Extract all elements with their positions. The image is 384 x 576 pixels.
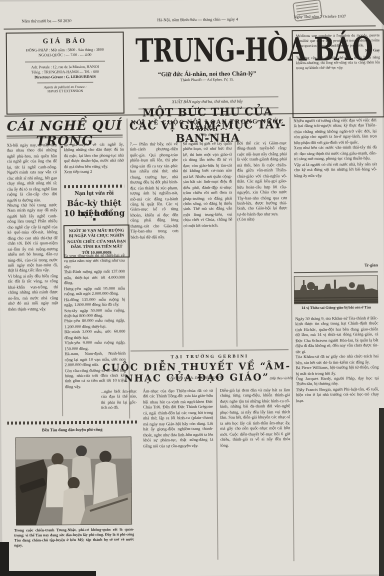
square-bullet-icon: ■: [62, 218, 126, 224]
epigraph-french: Méditons une conduite à l'opinion du mon…: [296, 33, 380, 48]
newspaper-scan: Năm thứ mười ba — Số 2030 Hà-Nội, năm Đi…: [0, 0, 384, 576]
postal-stamp-icon: [292, 0, 322, 22]
publicity-agents-name: HAVAS ET EXTENSION: [7, 89, 123, 94]
lunar-date: Hà-Nội, năm Đinh-Sửu — tháng chín — ngày…: [118, 16, 278, 23]
scan-edge-shadow-bottom: [0, 571, 96, 576]
photo-caption-bottom: Trong cuộc chiến-tranh Trung-Nhật, phi-c…: [14, 528, 134, 549]
center-article-col-3: Bởi thế các vị Giám-mục đồng-thanh tuyên…: [237, 140, 289, 346]
lecture-kicker: TẠI TRƯỜNG GERBINI: [131, 353, 289, 359]
epigraph-signature: Mgr Gay: [296, 48, 380, 54]
epigraph-box: Méditons une conduite à l'opinion du mon…: [292, 29, 384, 118]
scan-edge-shadow-right: [379, 408, 384, 576]
right-column-text-top: Nhiều người cứ tưởng rằng việc đạo với v…: [294, 117, 378, 262]
lecture-col-1: Âm-nhạc của đạo Thiên-chúa đã có từ đời …: [143, 388, 214, 561]
pilots-photo: [15, 437, 132, 526]
masthead: TRUNG-HÒA BÁO “Giữ đức Ái-nhân, noi theo…: [124, 33, 290, 83]
price-row-foreign: NGOẠI-QUỐC : — 7.00 . — 4.00: [7, 53, 123, 59]
squiggle-divider: [64, 185, 124, 189]
photo-divider: [7, 420, 137, 424]
city-engraving-image: [294, 275, 378, 304]
left-article-column-a: Xã-hội ngày nay, ai nấy đều đua nhau the…: [7, 142, 59, 414]
flood-kicker: Nạn lụt vừa rồi: [62, 191, 126, 198]
motto-source: Thánh Phaolô — Ad Ephes. IV, 15.: [124, 77, 290, 83]
newspaper-title: TRUNG-HÒA BÁO: [135, 31, 278, 70]
center-article-col-2: Số người bị giết về tay quân phiến-loạn,…: [183, 141, 234, 347]
director-line: Directeur-Gérant : G. LEBOURDAIS: [7, 74, 123, 80]
subscription-title: GIÁ BÁO: [7, 37, 123, 46]
epigraph-vietnamese: Ta đừng cậy bởi dư-luận thế-gian; miễn l…: [296, 55, 380, 70]
publication-days: XUẤT BẢN ngày thứ ba, thứ năm, thứ bẩy: [124, 98, 290, 105]
newspaper-page: Năm thứ mười ba — Số 2030 Hà-Nội, năm Đi…: [0, 0, 384, 576]
lecture-headline: CUỘC DIỄN THUYẾT VỀ “ÂM-NHẠC CỦA ĐẠO GIÁ…: [101, 361, 293, 385]
lecture-col-2: Diễn-giả lại đem đàn và máy hát ra làm c…: [220, 387, 291, 560]
right-column-signature: Tr-gian: [295, 262, 378, 268]
flood-headline-2: 10 triệu đồng: [62, 208, 126, 219]
subscription-box: GIÁ BÁO ĐÔNG-PHÁP : Một năm : 5$00 . Sáu…: [6, 32, 125, 115]
issue-number: Năm thứ mười ba — Số 2030: [22, 18, 72, 24]
engraving-caption: 14 vị Thừa-sai Giảng-giáo bị bắt còn ở T…: [294, 305, 378, 311]
photo-caption-top: Bên Tàu đang đào-luyện phi-công: [7, 426, 137, 433]
center-article-col-1: 7.— Phần thứ bẩy, nói về tình-cảnh phươn…: [130, 141, 180, 347]
left-article-column-b: tục gia-truyền về cái nghề ấy, không nhữ…: [64, 142, 124, 181]
lecture-continuation: (tiếp theo và hết): [265, 376, 293, 381]
right-column-text-bottom: Ngày 30 tháng 9, tòa Khâm-sứ Tòa-thánh ở…: [295, 315, 380, 559]
lecture-col-0: ...nghe biết âm-nhạc của đạo là thế nào,…: [101, 388, 137, 416]
